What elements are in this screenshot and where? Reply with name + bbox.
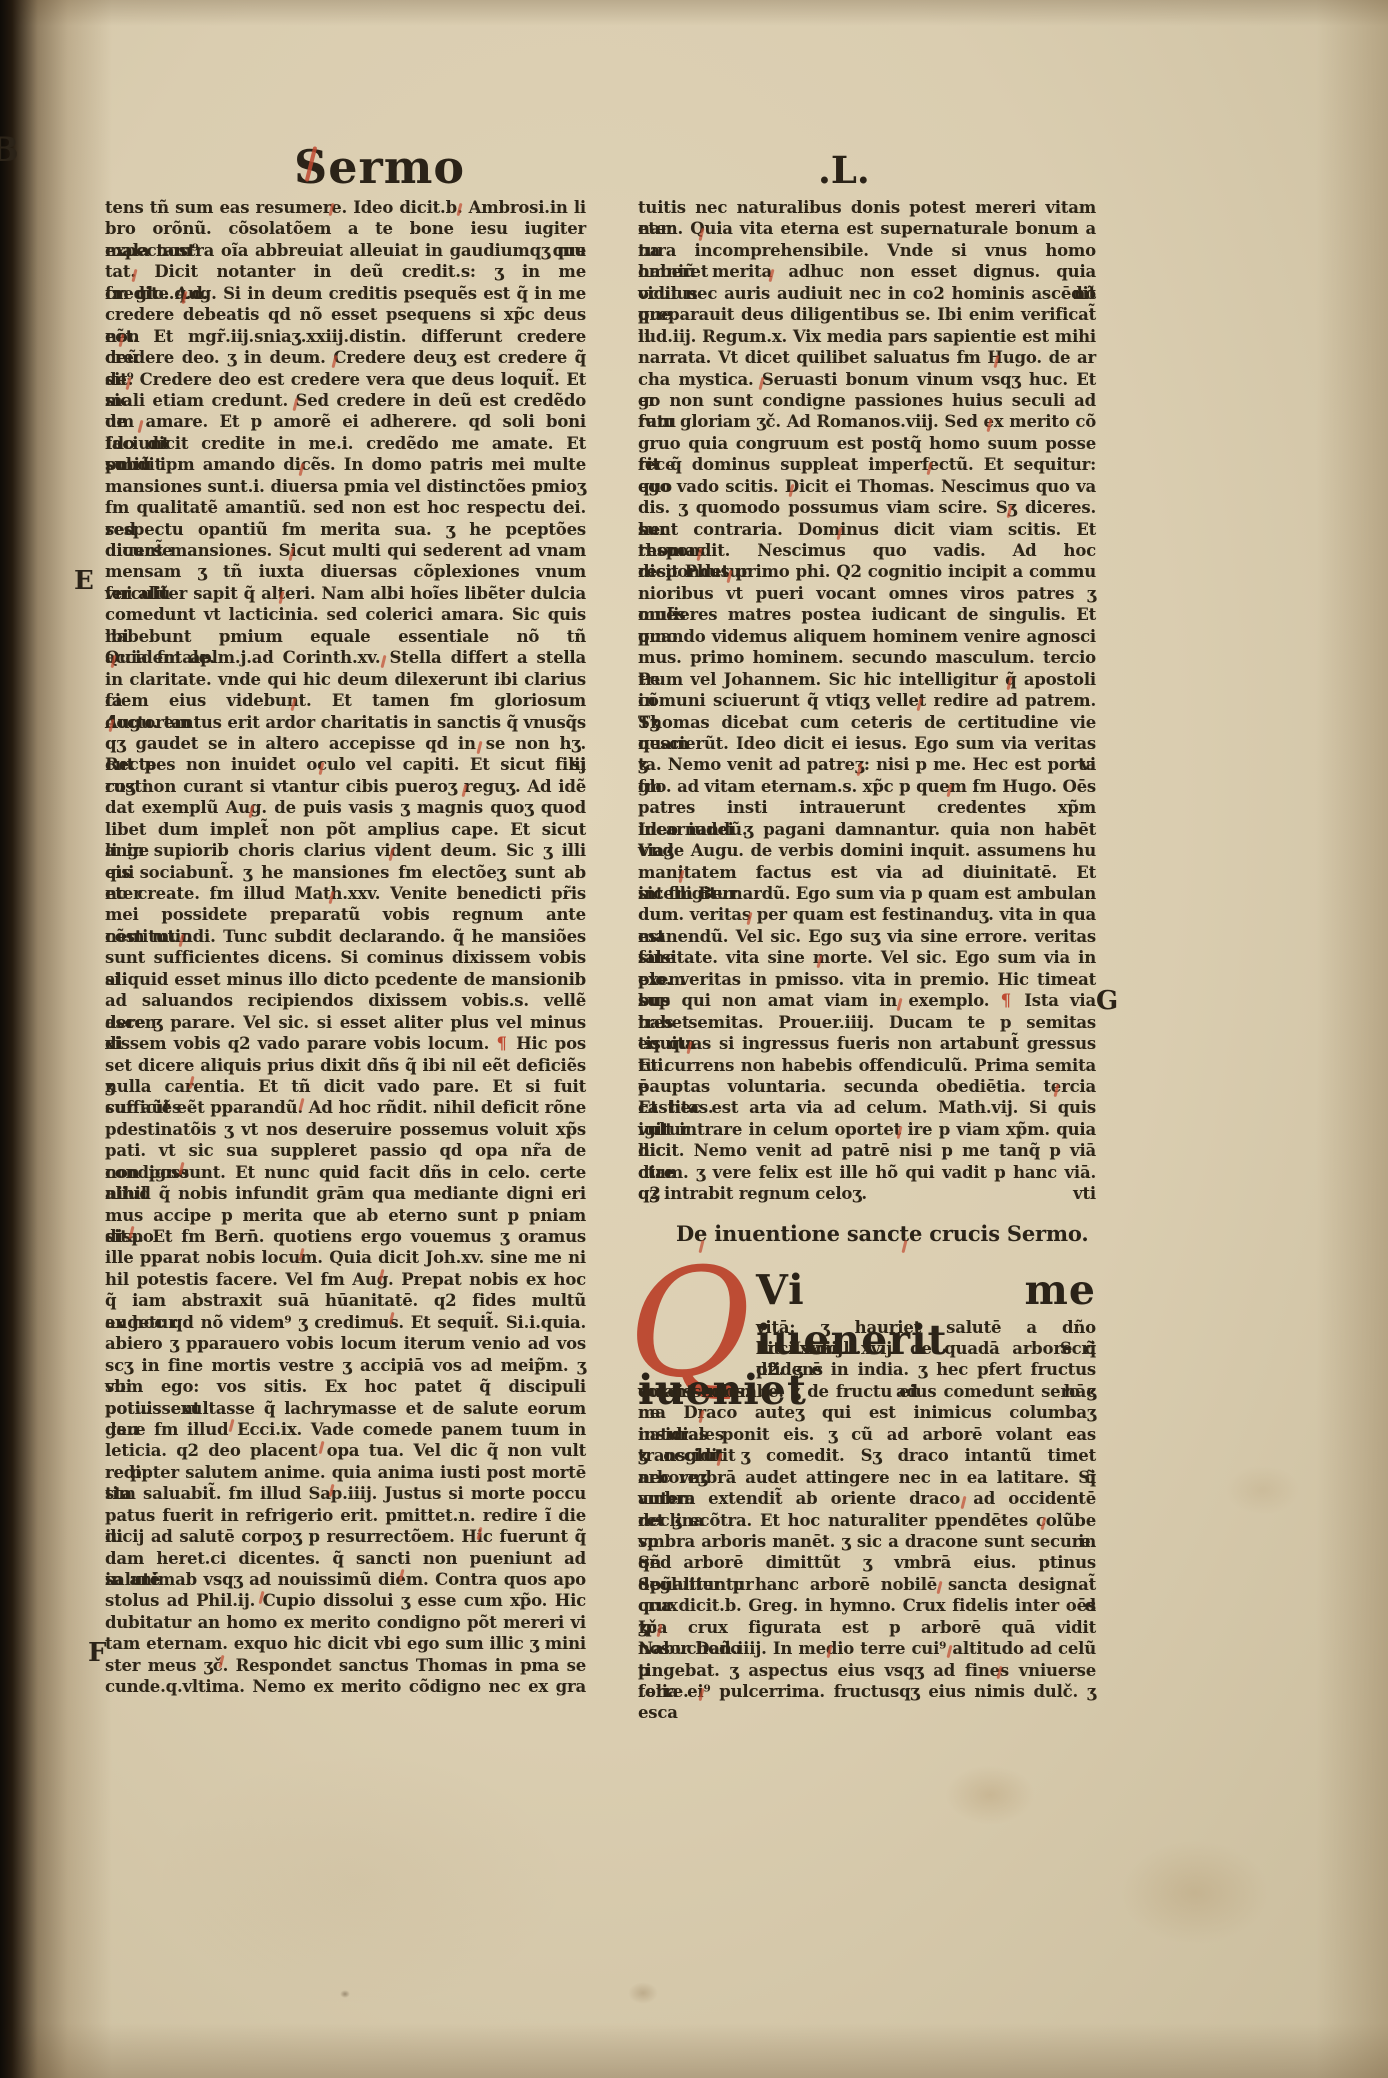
text-line: non possunt. Et nunc quid facit dñs in c… bbox=[105, 1162, 586, 1183]
text-line: bro orõnũ. cõsolatõem a te bone iesu iug… bbox=[105, 218, 586, 239]
text-line: mus accipe p merita que ab eterno sunt p… bbox=[105, 1205, 586, 1226]
rubric-line: De inuentione sancte crucis Sermo. bbox=[638, 1219, 1096, 1249]
text-line: nem mundi. Tunc subdit declarando. q̃ he… bbox=[105, 926, 586, 947]
text-line: aliquid esset minus illo dicto pcedente … bbox=[105, 969, 586, 990]
right-column-section1-text: tuitis nec naturalibus donis potest mere… bbox=[638, 197, 1096, 1205]
text-line: dicunt̃ mansiones. Sicut multi qui seder… bbox=[105, 540, 586, 561]
text-line: Ipa crux figurata est p arborē quā vidit… bbox=[638, 1617, 1096, 1638]
text-line: fm qualitatẽ amantiũ. sed non est hoc re… bbox=[105, 497, 586, 518]
text-line: tam eternam. exquo hic dicit vbi ego sum… bbox=[105, 1633, 586, 1654]
text-line: respectu opantiũ fm merita sua. ʒ he pce… bbox=[105, 519, 586, 540]
text-line: cur aũt eẽt pparandũ. Ad hoc rñdit. nihi… bbox=[105, 1097, 586, 1118]
text-line: dam heret.ci dicentes. q̃ sancti non pue… bbox=[105, 1548, 586, 1569]
text-line: mansiones sunt.i. diuersa pmia vel disti… bbox=[105, 476, 586, 497]
text-line: ret ʒ ecõtra. Et hoc naturaliter ppendēt… bbox=[638, 1510, 1096, 1531]
red-pilcrow: ¶ bbox=[497, 1034, 509, 1053]
text-line: ctam. ʒ vere felix est ille hõ qui vadit… bbox=[638, 1162, 1096, 1183]
text-line: nioribus vt pueri vocant omnes viros pat… bbox=[638, 583, 1096, 604]
text-line: sunt sufficientes dicens. Si cominus dix… bbox=[105, 947, 586, 968]
text-line: ex hoc qd nõ videm⁹ ʒ credimus. Et sequi… bbox=[105, 1312, 586, 1333]
text-line: qua dicit.b. Greg. in hymno. Crux fideli… bbox=[638, 1595, 1096, 1616]
text-line: mali etiam credunt. Sed credere in deũ e… bbox=[105, 390, 586, 411]
text-line: mensam ʒ tñ iuxta diuersas cõplexiones v… bbox=[105, 561, 586, 582]
text-line: narrata. Vt dicet quilibet saluatus fm H… bbox=[638, 347, 1096, 368]
marginal-letter-f: F bbox=[88, 1638, 106, 1668]
text-line: bus qui non amat viam in exemplo. ¶ Ista… bbox=[638, 990, 1096, 1011]
text-line: tat. Dicit notanter in deũ credit.s: ʒ i… bbox=[105, 261, 586, 282]
paper-stain bbox=[1225, 1465, 1300, 1515]
text-line: potius exultasse q̃ lachrymasse et de sa… bbox=[105, 1398, 586, 1419]
text-line: quando videmus aliquem hominem venire ag… bbox=[638, 626, 1096, 647]
text-line: tingebat. ʒ aspectus eius vsqʒ ad fines … bbox=[638, 1660, 1096, 1681]
text-line: q̃ iam abstraxit suā hūanitatē. q2 fides… bbox=[105, 1290, 586, 1311]
paper-stain bbox=[945, 1765, 1035, 1825]
text-line: dicij ad salutē corpoʒ p resurrectõem. H… bbox=[105, 1526, 586, 1547]
text-line: eis sociabunt̃. ʒ he mansiones fm electõ… bbox=[105, 862, 586, 883]
text-line: sum ego: vos sitis. Ex hoc patet q̃ disc… bbox=[105, 1376, 586, 1397]
text-line: eẽt. Et mgr̃.iij.sniaʒ.xxiij.distin. dif… bbox=[105, 326, 586, 347]
text-line: vni aliter sapit q̃ alteri. Nam albi hoĩ… bbox=[105, 583, 586, 604]
text-line: volant columbe. ʒ de fructu eius comedun… bbox=[638, 1381, 1096, 1402]
text-line: Quia fm aplm.j.ad Corinth.xv. Stella dif… bbox=[105, 647, 586, 668]
text-line: vmbra arboris manēt. ʒ sic a dracone sun… bbox=[638, 1531, 1096, 1552]
text-line: Spũaliter p hanc arborē nobilē sancta de… bbox=[638, 1574, 1096, 1595]
text-line: trum vel Johannem. Sic hic intelligitur … bbox=[638, 669, 1096, 690]
text-line: manitatem factus est via ad diuinitatē. … bbox=[638, 862, 1096, 883]
paper-mottling bbox=[150, 1750, 570, 2010]
text-line: ta. Nemo venit ad patreʒ: nisi p me. Hec… bbox=[638, 754, 1096, 775]
text-line: hil potestis facere. Vel fm Aug. Prepat … bbox=[105, 1269, 586, 1290]
text-line: qʒ gaudet se in altero accepisse qd in s… bbox=[105, 733, 586, 754]
text-line: mei possidete preparatũ vobis regnum ant… bbox=[105, 904, 586, 925]
text-line: set dicere aliquis prius dixit dñs q̃ ib… bbox=[105, 1055, 586, 1076]
text-line: vidit nec auris audiuit nec in co2 homin… bbox=[638, 283, 1096, 304]
text-line: ster meus ʒč. Respondet sanctus Thomas i… bbox=[105, 1655, 586, 1676]
text-line: dicit. Nemo venit ad patrē nisi p me tan… bbox=[638, 1140, 1096, 1161]
text-line: ram gloriam ʒč. Ad Romanos.viij. Sed ex … bbox=[638, 411, 1096, 432]
red-pilcrow: ¶ bbox=[1001, 991, 1013, 1010]
text-line: comedunt vt lacticinia. sed colerici ama… bbox=[105, 604, 586, 625]
text-line: tens tñ sum eas resumere. Ideo dicit.b. … bbox=[105, 197, 586, 218]
text-line: in claritate. vnde qui hic deum dilexeru… bbox=[105, 669, 586, 690]
drop-cap-initial-q: Q bbox=[638, 1265, 750, 1361]
text-line: Et hec est arta via ad celum. Math.vij. … bbox=[638, 1097, 1096, 1118]
text-line: mulieres matres postea iudicant de singu… bbox=[638, 604, 1096, 625]
text-line: dubitatur an homo ex merito condigno põt… bbox=[105, 1612, 586, 1633]
text-line: qñ arborē dimittũt ʒ vmbrā eius. ptinus … bbox=[638, 1552, 1096, 1573]
text-line: pati. vt sic sua suppleret passio qd opa… bbox=[105, 1140, 586, 1161]
text-line: sita. Et fm Bern̄. quotiens ergo vouemus… bbox=[105, 1226, 586, 1247]
text-line: habebunt pmium equale essentiale nõ tñ a… bbox=[105, 626, 586, 647]
text-line: um amare. Et p amorẽ ei adherere. qd sol… bbox=[105, 411, 586, 432]
text-line: lud.iij. Regum.x. Vix media pars sapient… bbox=[638, 326, 1096, 347]
text-line: pmiũ ipm amando dicẽs. In domo patris me… bbox=[105, 454, 586, 475]
text-line: pdestinatõis ʒ vt nos deseruire possemus… bbox=[105, 1119, 586, 1140]
text-line: nec vmbrā audet attingere nec in ea lati… bbox=[638, 1467, 1096, 1488]
text-line: fm glo. Aug. Si in deum creditis psequẽs… bbox=[105, 283, 586, 304]
text-line: vult intrare in celum oportet ire p viam… bbox=[638, 1119, 1096, 1140]
text-line: pauptas voluntaria. secunda obediētia. t… bbox=[638, 1076, 1096, 1097]
text-line: falsitate. vita sine morte. Vel sic. Ego… bbox=[638, 947, 1096, 968]
text-line: xissem vobis q2 vado parare vobis locum.… bbox=[105, 1033, 586, 1054]
text-line: sunt contraria. Dominus dicit viam sciti… bbox=[638, 519, 1096, 540]
running-title: Sermo bbox=[294, 140, 465, 194]
text-line: nulla carentia. Et tñ dicit vado pare. E… bbox=[105, 1076, 586, 1097]
text-line: manendũ. Vel sic. Ego suʒ via sine error… bbox=[638, 926, 1096, 947]
text-line: respondit. Nescimus quo vadis. Ad hoc re… bbox=[638, 540, 1096, 561]
text-line: ad saluandos recipiendos dixissem vobis.… bbox=[105, 990, 586, 1011]
right-column: tuitis nec naturalibus donis potest mere… bbox=[638, 197, 1096, 1702]
text-line: sic fm Bernardũ. Ego sum via p quam est … bbox=[638, 883, 1096, 904]
text-line: nescierũt. Ideo dicit ei iesus. Ego sum … bbox=[638, 733, 1096, 754]
text-line: folia ei⁹ pulcerrima. fructusqʒ eius nim… bbox=[638, 1681, 1096, 1702]
text-line: dicit Phus primo phi. Q2 cognitio incipi… bbox=[638, 561, 1096, 582]
text-line: mala nostra oĩa abbreuiat alleuiat in ga… bbox=[105, 240, 586, 261]
text-line: cunde.q.vltima. Nemo ex merito cõdigno n… bbox=[105, 1676, 586, 1697]
text-line: cut pes non inuidet oculo vel capiti. Et… bbox=[105, 754, 586, 775]
text-line: dere fm illud Ecci.ix. Vade comede panem… bbox=[105, 1419, 586, 1440]
text-line: tura incomprehensibile. Vnde si vnus hom… bbox=[638, 240, 1096, 261]
text-line: tres semitas. Prouer.iiij. Ducam te p se… bbox=[638, 1012, 1096, 1033]
text-line: mus. primo hominem. secundo masculum. te… bbox=[638, 647, 1096, 668]
text-line: dum. veritas per quam est festinanduʒ. v… bbox=[638, 904, 1096, 925]
text-line: credere debeatis qd nõ esset psequens si… bbox=[105, 304, 586, 325]
text-line: rit q̃ dominus suppleat imperfectũ. Et s… bbox=[638, 454, 1096, 475]
left-column-text: tens tñ sum eas resumere. Ideo dicit.b. … bbox=[105, 197, 586, 1698]
text-line: go non sunt condigne passiones huius sec… bbox=[638, 390, 1096, 411]
text-line: tuitis nec naturalibus donis potest mere… bbox=[638, 197, 1096, 218]
text-line: Ideo iudei ʒ pagani damnantur. quia non … bbox=[638, 819, 1096, 840]
text-line: nosor Dañ.iiij. In medio terre cui⁹ alti… bbox=[638, 1638, 1096, 1659]
text-line: cha mystica. Seruasti bonum vinum vsqʒ h… bbox=[638, 369, 1096, 390]
text-line: Augu. tantus erit ardor charitatis in sa… bbox=[105, 712, 586, 733]
text-line: patus fuerit in refrigerio erit. pmittet… bbox=[105, 1505, 586, 1526]
marginal-letter-e: E bbox=[74, 566, 94, 596]
text-line: insidias ponit eis. ʒ cũ ad arborē volan… bbox=[638, 1424, 1096, 1445]
text-line: dat exemplũ Aug. de puis vasis ʒ magnis … bbox=[105, 797, 586, 818]
text-line: dis. ʒ quomodo possumus viam scire. Sʒ d… bbox=[638, 497, 1096, 518]
text-line: no create. fm illud Math.xxv. Venite ben… bbox=[105, 883, 586, 904]
text-line: leticia. q2 deo placent opa tua. Vel dic… bbox=[105, 1440, 586, 1461]
text-line: gruo quia congruum est postq̃ homo suum … bbox=[638, 433, 1096, 454]
text-line: ego vado scitis. Dicit ei Thomas. Nescim… bbox=[638, 476, 1096, 497]
text-line: in animab vsqʒ ad nouissimũ diem. Contra… bbox=[105, 1569, 586, 1590]
text-line: tis quas si ingressus fueris non artabun… bbox=[638, 1033, 1096, 1054]
paper-stain bbox=[628, 1982, 658, 2004]
text-line: patres insti intrauerunt credentes xp̃m … bbox=[638, 797, 1096, 818]
text-line: ille pparat nobis locum. Quia dicit Joh.… bbox=[105, 1247, 586, 1268]
text-line: aliud q̃ nobis infundit grām qua mediant… bbox=[105, 1183, 586, 1204]
marginal-letter-g: G bbox=[1096, 986, 1118, 1016]
text-line: libet dum implet̃ non põt amplius cape. … bbox=[105, 819, 586, 840]
text-line: abiero ʒ pparauero vobis locum iterum ve… bbox=[105, 1333, 586, 1354]
text-line: tim saluabit̃. fm illud Sap.iiij. Justus… bbox=[105, 1483, 586, 1504]
text-line: sit. Credere deo est credere vera que de… bbox=[105, 369, 586, 390]
text-line: credere deo. ʒ in deum. Credere deuʒ est… bbox=[105, 347, 586, 368]
text-line: ʒ occidit ʒ comedit. Sʒ draco intantũ ti… bbox=[638, 1445, 1096, 1466]
text-line: cõmuni sciuerunt q̃ vtiqʒ vellet redire … bbox=[638, 690, 1096, 711]
text-line: Thomas dicebat cum ceteris de certitudin… bbox=[638, 712, 1096, 733]
text-line: omniũ merita adhuc non esset dignus. qui… bbox=[638, 261, 1096, 282]
text-line: ciem eius videbunt. Et tamen fm gloriosu… bbox=[105, 690, 586, 711]
text-line: Et currens non habebis offendiculũ. Prim… bbox=[638, 1055, 1096, 1076]
paper-speck bbox=[340, 1990, 350, 1998]
marginal-letter-b: B bbox=[0, 130, 19, 170]
text-line: stolus ad Phil.ij. Cupio dissolui ʒ esse… bbox=[105, 1590, 586, 1611]
text-line: plo. veritas in pmisso. vita in premio. … bbox=[638, 969, 1096, 990]
text-line: li in supiorib choris clarius vident deu… bbox=[105, 840, 586, 861]
text-line: Vnde Augu. de verbis domini inquit. assu… bbox=[638, 840, 1096, 861]
text-line: glo. ad vitam eternam.s. xp̃c p quem fm … bbox=[638, 776, 1096, 797]
text-line: coʒ non curant si vtantur cibis pueroʒ r… bbox=[105, 776, 586, 797]
text-line: re ppter salutem anime. quia anima iusti… bbox=[105, 1462, 586, 1483]
text-line: ne. Draco auteʒ qui est inimicus columba… bbox=[638, 1402, 1096, 1423]
text-line: dere ʒ parare. Vel sic. si esset aliter … bbox=[105, 1012, 586, 1033]
text-line: vmbra extendit̃ ab oriente draco ad occi… bbox=[638, 1488, 1096, 1509]
text-line: nam. Quia vita eterna est supernaturale … bbox=[638, 218, 1096, 239]
book-page: Sermo .L. B E F G tens tñ sum eas resume… bbox=[0, 0, 1388, 2078]
paper-stain bbox=[1120, 1840, 1270, 1945]
folio-number: .L. bbox=[818, 148, 870, 192]
text-line: Ido dicit credite in me.i. credẽdo me am… bbox=[105, 433, 586, 454]
sermon-incipit-section: Q Vi me iuenerit iueniet vitā: ʒ hauriet… bbox=[638, 1265, 1096, 1703]
text-line: scʒ in fine mortis vestre ʒ accipiā vos … bbox=[105, 1355, 586, 1376]
text-line: preparauit deus diligentibus se. Ibi eni… bbox=[638, 304, 1096, 325]
